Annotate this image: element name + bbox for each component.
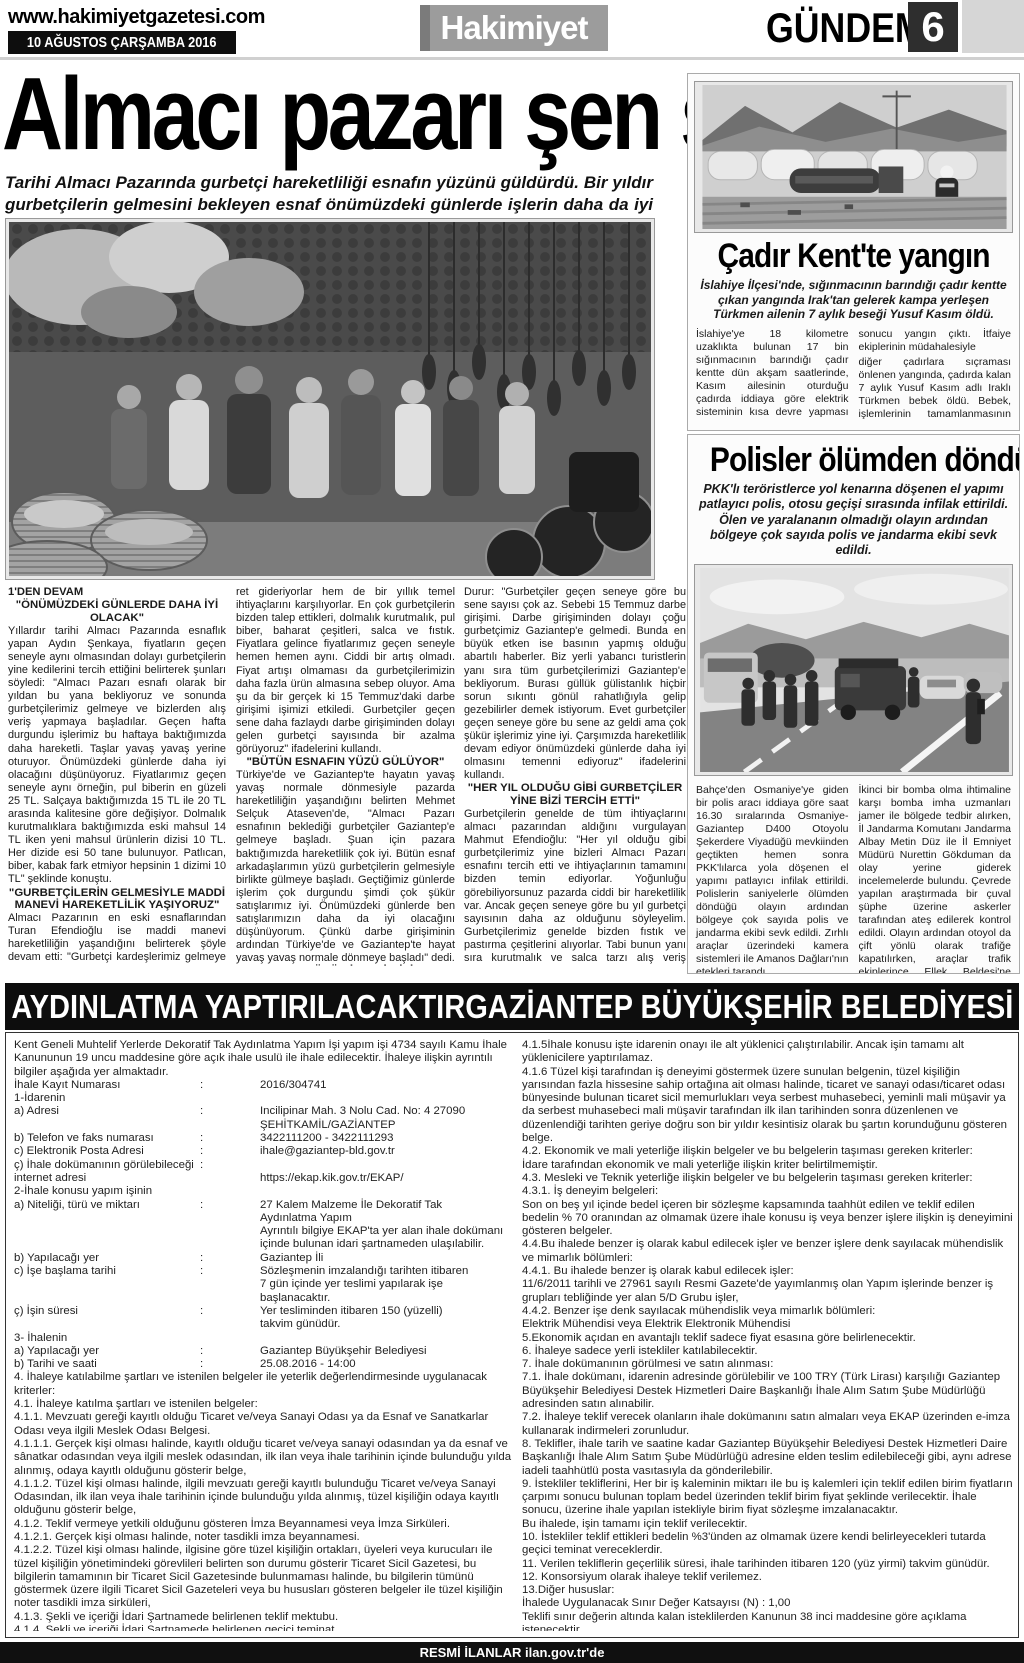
paragraph: Almacı Pazarının en eski esnaflarından T… <box>8 912 226 966</box>
field-separator: : <box>200 1345 260 1358</box>
site-url: www.hakimiyetgazetesi.com <box>8 6 265 29</box>
fire-photo <box>694 81 1013 233</box>
notice-field: 2-İhale konusu yapım işinin <box>14 1185 512 1198</box>
paragraph: 4.3.1. İş deneyim belgeleri: <box>522 1185 1014 1198</box>
paragraph: Yıllardır tarihi Almacı Pazarında esnafl… <box>8 625 226 887</box>
field-label: İhale Kayıt Numarası <box>14 1079 200 1092</box>
logo-accent <box>420 5 430 51</box>
article-column-1: 1'DEN DEVAM "ÖNÜMÜZDEKİ GÜNLERDE DAHA İY… <box>8 586 226 966</box>
notice-field: 1-İdarenin <box>14 1092 512 1105</box>
paragraph: İdare tarafından ekonomik ve mali yeterl… <box>522 1159 1014 1172</box>
paragraph: 4.4.Bu ihalede benzer iş olarak kabul ed… <box>522 1238 1014 1265</box>
corner-fill <box>962 0 1024 53</box>
field-value <box>260 1092 512 1105</box>
notice-field: b) Tarihi ve saati:25.08.2016 - 14:00 <box>14 1358 512 1371</box>
field-label: 3- İhalenin <box>14 1332 200 1345</box>
paragraph: 4.1. İhaleye katılma şartları ve istenil… <box>14 1398 512 1411</box>
field-value: Sözleşmenin imzalandığı tarihten itibare… <box>260 1265 512 1305</box>
paragraph: Teklifi sınır değerin altında kalan iste… <box>522 1611 1014 1631</box>
footer-text: RESMİ İLANLAR ilan.gov.tr'de <box>420 1645 605 1660</box>
paragraph: İkinci bir bomba olma ihtimaline karşı b… <box>859 784 1012 974</box>
notice-title-bar: AYDINLATMA YAPTIRILACAKTIRGAZİANTEP BÜYÜ… <box>5 983 1019 1030</box>
notice-title: AYDINLATMA YAPTIRILACAKTIRGAZİANTEP BÜYÜ… <box>11 988 1013 1026</box>
field-value: 25.08.2016 - 14:00 <box>260 1358 512 1371</box>
paragraph: 13.Diğer hususlar: <box>522 1584 1014 1597</box>
notice-left-paragraphs: 4. İhaleye katılabilme şartları ve isten… <box>14 1371 512 1631</box>
paragraph: 9. İstekliler tekliflerini, Her bir iş k… <box>522 1478 1014 1518</box>
field-label: b) Tarihi ve saati <box>14 1358 200 1371</box>
field-label: ç) İhale dokümanının görülebileceği inte… <box>14 1159 200 1186</box>
paragraph: 5.Ekonomik açıdan en avantajlı teklif sa… <box>522 1332 1014 1345</box>
paragraph: 11. Verilen tekliflerin geçerlilik süres… <box>522 1558 1014 1571</box>
paragraph: 4.1.1.1. Gerçek kişi olması halinde, kay… <box>14 1438 512 1478</box>
paragraph: 11/6/2011 tarihli ve 27961 sayılı Resmi … <box>522 1278 1014 1305</box>
paragraph: 7.1. İhale dokümanı, idarenin adresinde … <box>522 1371 1014 1411</box>
field-value: Gaziantep İli <box>260 1252 512 1265</box>
field-value: 27 Kalem Malzeme İle Dekoratif Tak Aydın… <box>260 1199 512 1252</box>
fire-article: Çadır Kent'te yangın İslahiye İlçesi'nde… <box>687 73 1020 431</box>
article-column-3: Durur: "Gurbetçiler geçen seneye göre bu… <box>464 586 686 966</box>
paragraph: Durur: "Gurbetçiler geçen seneye göre bu… <box>464 586 686 782</box>
notice-intro: Kent Geneli Muhtelif Yerlerde Dekoratif … <box>14 1039 512 1079</box>
paragraph: Son on beş yıl içinde bedel içeren bir s… <box>522 1199 1014 1239</box>
field-label: ç) İşin süresi <box>14 1305 200 1332</box>
field-label: 1-İdarenin <box>14 1092 200 1105</box>
notice-right-column: 4.1.5İhale konusu işte idarenin onayı il… <box>522 1039 1014 1631</box>
paragraph: 4.4.2. Benzer işe denk sayılacak mühendi… <box>522 1305 1014 1318</box>
logo-text: Hakimiyet <box>441 9 588 47</box>
notice-field: a) Niteliği, türü ve miktarı:27 Kalem Ma… <box>14 1199 512 1252</box>
field-label: c) Elektronik Posta Adresi <box>14 1145 200 1158</box>
paragraph: 4. İhaleye katılabilme şartları ve isten… <box>14 1371 512 1398</box>
police-article: Polisler ölümden döndü PKK'lı teröristle… <box>687 434 1020 974</box>
section-title: GÜNDEM <box>738 4 902 52</box>
notice-field: c) Elektronik Posta Adresi:ihale@gaziant… <box>14 1145 512 1158</box>
field-separator: : <box>200 1132 260 1145</box>
crosshead: "GURBETÇİLERİN GELMESİYLE MADDİ MANEVİ H… <box>8 887 226 913</box>
notice-right-paragraphs: 4.1.5İhale konusu işte idarenin onayı il… <box>522 1039 1014 1631</box>
notice-field: b) Telefon ve faks numarası:3422111200 -… <box>14 1132 512 1145</box>
field-separator: : <box>200 1265 260 1305</box>
field-value: ihale@gaziantep-bld.gov.tr <box>260 1145 512 1158</box>
field-label: 2-İhale konusu yapım işinin <box>14 1185 200 1198</box>
field-separator: : <box>200 1105 260 1132</box>
paragraph: 12. Konsorsiyum olarak ihaleye teklif ve… <box>522 1571 1014 1584</box>
field-value: Gaziantep Büyükşehir Belediyesi <box>260 1345 512 1358</box>
field-value: 3422111200 - 3422111293 <box>260 1132 512 1145</box>
police-subhead: PKK'lı teröristlerce yol kenarına döşene… <box>694 482 1013 558</box>
notice-field: İhale Kayıt Numarası:2016/304741 <box>14 1079 512 1092</box>
paragraph: 4.1.1.2. Tüzel kişi olması halinde, ilgi… <box>14 1478 512 1518</box>
newspaper-page: { "header": { "site_url": "www.hakimiyet… <box>0 0 1024 1663</box>
page-number-badge: 6 <box>908 2 958 52</box>
crosshead: "ÇOK ŞÜKÜR İŞLERİM İYİ" <box>236 965 455 966</box>
paragraph: 4.3. Mesleki ve Teknik yeterliğe ilişkin… <box>522 1172 1014 1185</box>
paragraph: Gurbetçilerin genelde de tüm ihtiyaçları… <box>464 808 686 966</box>
paragraph: 4.1.5İhale konusu işte idarenin onayı il… <box>522 1039 1014 1066</box>
paragraph: 4.1.2. Teklif vermeye yetkili olduğunu g… <box>14 1518 512 1531</box>
field-value: 2016/304741 <box>260 1079 512 1092</box>
field-value: https://ekap.kik.gov.tr/EKAP/ <box>260 1159 512 1186</box>
paragraph: 7. İhale dokümanının görülmesi ve satın … <box>522 1358 1014 1371</box>
field-label: a) Yapılacağı yer <box>14 1345 200 1358</box>
field-label: a) Adresi <box>14 1105 200 1132</box>
field-label: a) Niteliği, türü ve miktarı <box>14 1199 200 1252</box>
notice-left-column: Kent Geneli Muhtelif Yerlerde Dekoratif … <box>14 1039 512 1631</box>
paragraph: Türkiye'de ve Gaziantep'te hayatın yavaş… <box>236 769 455 965</box>
footer-bar: RESMİ İLANLAR ilan.gov.tr'de <box>0 1642 1024 1663</box>
field-separator: : <box>200 1305 260 1332</box>
police-headline: Polisler ölümden döndü <box>688 441 1019 480</box>
notice-field: b) Yapılacağı yer:Gaziantep İli <box>14 1252 512 1265</box>
paragraph: İhalede Uygulanacak Sınır Değer Katsayıs… <box>522 1597 1014 1610</box>
paragraph: Elektrik Mühendisi veya Elektrik Elektro… <box>522 1318 1014 1331</box>
paragraph: 6. İhaleye sadece yerli istekliler katıl… <box>522 1345 1014 1358</box>
paragraph: 10. İstekliler teklif ettikleri bedelin … <box>522 1531 1014 1558</box>
field-label: b) Yapılacağı yer <box>14 1252 200 1265</box>
field-separator: : <box>200 1079 260 1092</box>
field-separator: : <box>200 1358 260 1371</box>
paragraph: 4.1.4. Şekli ve içeriği İdari Şartnamede… <box>14 1624 512 1631</box>
police-body: Bahçe'den Osmaniye'ye giden bir polis ar… <box>696 784 1011 974</box>
road-scene-photo-illustration <box>698 568 1011 772</box>
date-banner: 10 AĞUSTOS ÇARŞAMBA 2016 <box>8 31 236 54</box>
paragraph: 4.1.2.1. Gerçek kişi olması halinde, not… <box>14 1531 512 1544</box>
paragraph: Bahçe'den Osmaniye'ye giden bir polis ar… <box>696 784 849 974</box>
fire-headline: Çadır Kent'te yangın <box>688 237 1019 276</box>
field-separator: : <box>200 1252 260 1265</box>
paragraph: 4.1.6 Tüzel kişi tarafından iş deneyimi … <box>522 1066 1014 1146</box>
lead-headline: Almacı pazarı şen şakrak <box>2 62 662 168</box>
paragraph: 7.2. İhaleye teklif verecek olanların ih… <box>522 1411 1014 1438</box>
notice-field: c) İşe başlama tarihi:Sözleşmenin imzala… <box>14 1265 512 1305</box>
field-separator: : <box>200 1145 260 1158</box>
notice-body: Kent Geneli Muhtelif Yerlerde Dekoratif … <box>5 1032 1019 1638</box>
field-value: Yer tesliminden itibaren 150 (yüzelli) t… <box>260 1305 512 1332</box>
paragraph: 4.1.3. Şekli ve içeriği İdari Şartnamede… <box>14 1611 512 1624</box>
field-separator <box>200 1332 260 1345</box>
notice-field: ç) İşin süresi:Yer tesliminden itibaren … <box>14 1305 512 1332</box>
paragraph: 4.1.2.2. Tüzel kişi olması halinde, ilgi… <box>14 1544 512 1610</box>
fire-subhead: İslahiye İlçesi'nde, sığınmacının barınd… <box>694 278 1013 322</box>
field-label: b) Telefon ve faks numarası <box>14 1132 200 1145</box>
crosshead: "BÜTÜN ESNAFIN YÜZÜ GÜLÜYOR" <box>236 756 455 769</box>
date-text: 10 AĞUSTOS ÇARŞAMBA 2016 <box>27 35 217 51</box>
crosshead: "HER YIL OLDUĞU GİBİ GURBETÇİLER YİNE Bİ… <box>464 782 686 808</box>
field-value: Incilipinar Mah. 3 Nolu Cad. No: 4 27090… <box>260 1105 512 1132</box>
field-separator: : <box>200 1199 260 1252</box>
field-label: c) İşe başlama tarihi <box>14 1265 200 1305</box>
paragraph: ret gideriyorlar hem de bir yıllık temel… <box>236 586 455 756</box>
field-separator: : <box>200 1159 260 1186</box>
notice-field: a) Adresi:Incilipinar Mah. 3 Nolu Cad. N… <box>14 1105 512 1132</box>
paragraph: 4.4.1. Bu ihalede benzer iş olarak kabul… <box>522 1265 1014 1278</box>
field-value <box>260 1332 512 1345</box>
paragraph: 8. Teklifler, ihale tarih ve saatine kad… <box>522 1438 1014 1478</box>
paragraph: 4.1.1. Mevzuatı gereği kayıtlı olduğu Ti… <box>14 1411 512 1438</box>
market-photo-illustration <box>9 222 651 576</box>
camp-fire-photo-illustration <box>698 85 1011 229</box>
field-separator <box>200 1092 260 1105</box>
paragraph: Bu ihalede, işin tamamı için teklif veri… <box>522 1518 1014 1531</box>
crosshead: "ÖNÜMÜZDEKİ GÜNLERDE DAHA İYİ OLACAK" <box>8 599 226 625</box>
field-value <box>260 1185 512 1198</box>
field-separator <box>200 1185 260 1198</box>
continued-label: 1'DEN DEVAM <box>8 586 226 599</box>
article-column-2: ret gideriyorlar hem de bir yıllık temel… <box>236 586 455 966</box>
notice-field: 3- İhalenin <box>14 1332 512 1345</box>
market-photo <box>5 218 655 580</box>
newspaper-logo: Hakimiyet <box>420 5 608 51</box>
notice-kv-table: İhale Kayıt Numarası:2016/3047411-İdaren… <box>14 1079 512 1372</box>
notice-field: a) Yapılacağı yer:Gaziantep Büyükşehir B… <box>14 1345 512 1358</box>
fire-body: İslahiye'ye 18 kilometre uzaklıkta bulun… <box>696 328 1011 431</box>
paragraph: 4.2. Ekonomik ve mali yeterliğe ilişkin … <box>522 1145 1014 1158</box>
police-photo <box>694 564 1013 776</box>
notice-field: ç) İhale dokümanının görülebileceği inte… <box>14 1159 512 1186</box>
